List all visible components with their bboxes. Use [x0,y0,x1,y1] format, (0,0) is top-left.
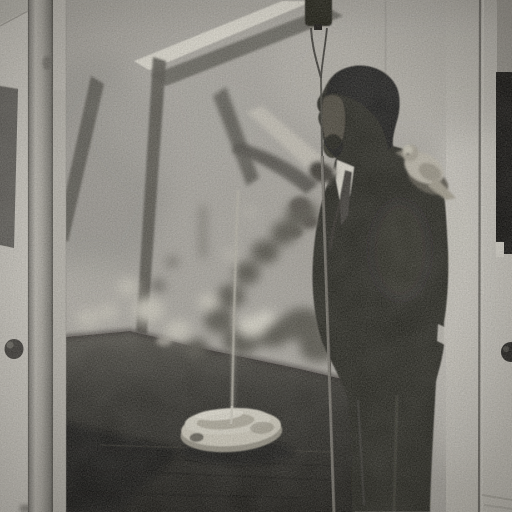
vignette [0,0,512,512]
photo-canvas [0,0,512,512]
vintage-photo [0,0,512,512]
